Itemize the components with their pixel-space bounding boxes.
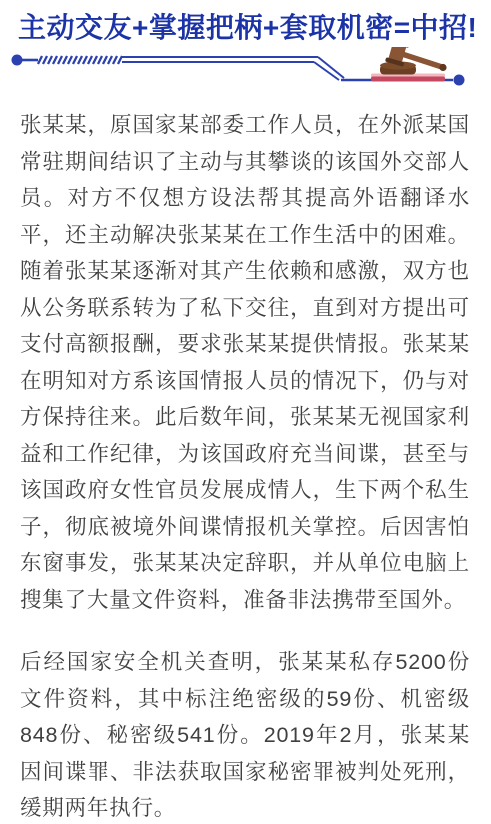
gavel-icon (371, 47, 447, 82)
divider-graphic (0, 47, 491, 99)
article-paragraph-2: 后经国家安全机关查明，张某某私存5200份文件资料，其中标注绝密级的59份、机密… (20, 644, 470, 824)
article-page: 主动交友+掌握把柄+套取机密=中招! (0, 0, 491, 824)
article-body: 张某某，原国家某部委工作人员，在外派某国常驻期间结识了主动与其攀谈的该国外交部人… (0, 99, 491, 824)
divider-left-dot (12, 55, 23, 66)
divider-hatch (38, 56, 122, 64)
page-title: 主动交友+掌握把柄+套取机密=中招! (0, 11, 491, 45)
article-paragraph-1: 张某某，原国家某部委工作人员，在外派某国常驻期间结识了主动与其攀谈的该国外交部人… (20, 107, 470, 618)
divider-right-dot (454, 75, 465, 86)
title-divider (0, 47, 491, 99)
